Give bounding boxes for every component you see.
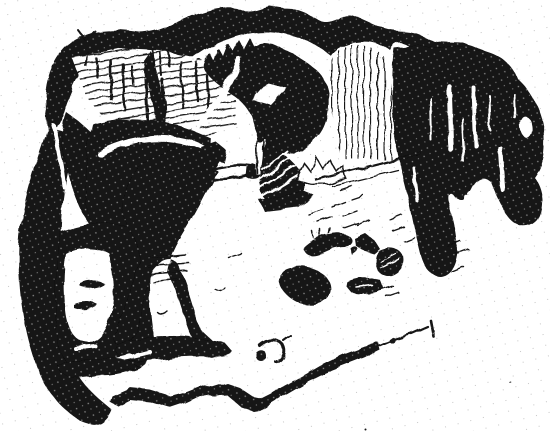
illustration-canvas: Black-and-white ink illustration of a st… [0, 0, 550, 431]
cave-candle-illustration: Black-and-white ink illustration of a st… [0, 0, 550, 431]
paper-grain-overlay [0, 0, 550, 431]
